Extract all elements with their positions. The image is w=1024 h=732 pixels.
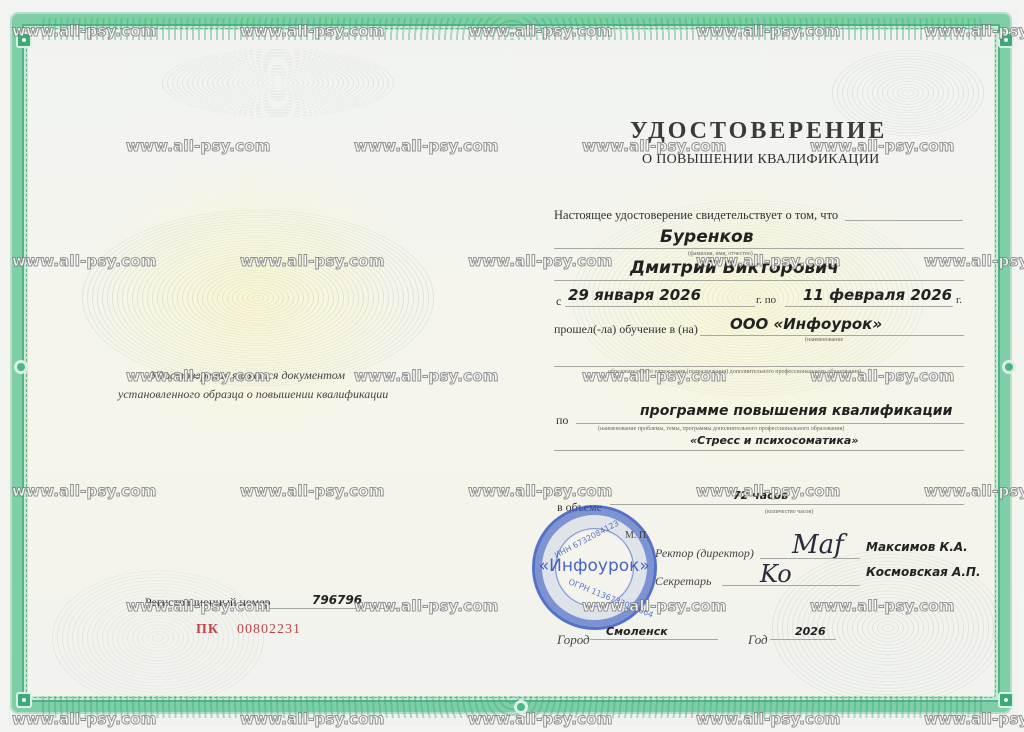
given-names-underline xyxy=(554,280,964,281)
border-node-icon xyxy=(1002,360,1016,374)
rector-signature-line xyxy=(760,558,860,559)
rector-signature: Maf xyxy=(792,530,844,560)
corner-rosette-icon xyxy=(998,32,1014,48)
hours-caption: (количество часов) xyxy=(765,509,813,515)
city-value: Смоленск xyxy=(606,625,668,638)
document-subtitle: О ПОВЫШЕНИИ КВАЛИФИКАЦИИ xyxy=(642,152,880,168)
organization-underline-2 xyxy=(554,366,964,367)
rector-label: Ректор (директор) xyxy=(655,546,754,561)
organization-name: ООО «Инфоурок» xyxy=(730,315,882,333)
date-separator: г. по xyxy=(756,294,776,306)
corner-rosette-icon xyxy=(16,692,32,708)
document-title: УДОСТОВЕРЕНИЕ xyxy=(630,118,887,145)
date-year-suffix: г. xyxy=(956,294,962,306)
rector-name: Максимов К.А. xyxy=(866,540,968,554)
stamp-name: «Инфоурок» xyxy=(535,556,654,576)
registration-label: Регистрационный номер xyxy=(145,595,271,610)
border-wave-bottom xyxy=(40,696,984,718)
stamp-place-label: М. П. xyxy=(625,530,649,541)
border-node-icon xyxy=(514,700,528,714)
year-value: 2026 xyxy=(795,625,826,638)
date-from-prefix: с xyxy=(556,294,561,309)
border-wave-top xyxy=(40,18,984,40)
serial-digits: 00802231 xyxy=(237,622,301,637)
statement-line-1: Удостоверение является документом xyxy=(150,368,345,383)
hours-value: 72 часов xyxy=(733,489,788,502)
date-from-underline xyxy=(565,306,755,307)
registration-underline xyxy=(258,608,398,609)
organization-caption-2: образовательного учреждения (подразделен… xyxy=(608,369,861,375)
series-code: ПК xyxy=(196,622,219,637)
statement-line-2: установленного образца о повышении квали… xyxy=(118,387,388,402)
intro-text: Настоящее удостоверение свидетельствует … xyxy=(554,208,838,223)
corner-rosette-icon xyxy=(998,692,1014,708)
surname: Буренков xyxy=(660,227,753,247)
corner-rosette-icon xyxy=(16,32,32,48)
program-caption: (наименование проблемы, темы, программы … xyxy=(598,426,844,432)
city-label: Город xyxy=(557,632,590,648)
surname-caption: (фамилия, имя, отчество) xyxy=(688,251,753,257)
secretary-label: Секретарь xyxy=(655,574,711,589)
year-label: Год xyxy=(748,632,768,648)
program-prefix: по xyxy=(556,413,568,428)
date-to: 11 февраля 2026 xyxy=(803,286,952,304)
registration-number: 796796 xyxy=(312,593,362,607)
intro-underline xyxy=(845,220,963,221)
date-from: 29 января 2026 xyxy=(568,286,701,304)
program-type: программе повышения квалификации xyxy=(640,403,952,419)
secretary-name: Космовская А.П. xyxy=(866,565,981,579)
date-to-underline xyxy=(785,306,953,307)
program-underline xyxy=(576,423,964,424)
city-underline xyxy=(590,639,718,640)
given-names: Дмитрий Викторович xyxy=(630,258,839,278)
year-underline xyxy=(770,639,836,640)
serial-number: ПК00802231 xyxy=(196,622,301,638)
surname-underline xyxy=(554,248,964,249)
hours-underline xyxy=(610,504,964,505)
secretary-signature: Ko xyxy=(760,560,792,588)
secretary-signature-line xyxy=(722,585,860,586)
border-node-icon xyxy=(14,360,28,374)
organization-underline xyxy=(700,335,964,336)
trained-at-label: прошел(-ла) обучение в (на) xyxy=(554,322,698,337)
program-name: «Стресс и психосоматика» xyxy=(690,434,858,447)
program-name-underline xyxy=(554,450,964,451)
organization-caption: (наименование xyxy=(805,337,843,343)
